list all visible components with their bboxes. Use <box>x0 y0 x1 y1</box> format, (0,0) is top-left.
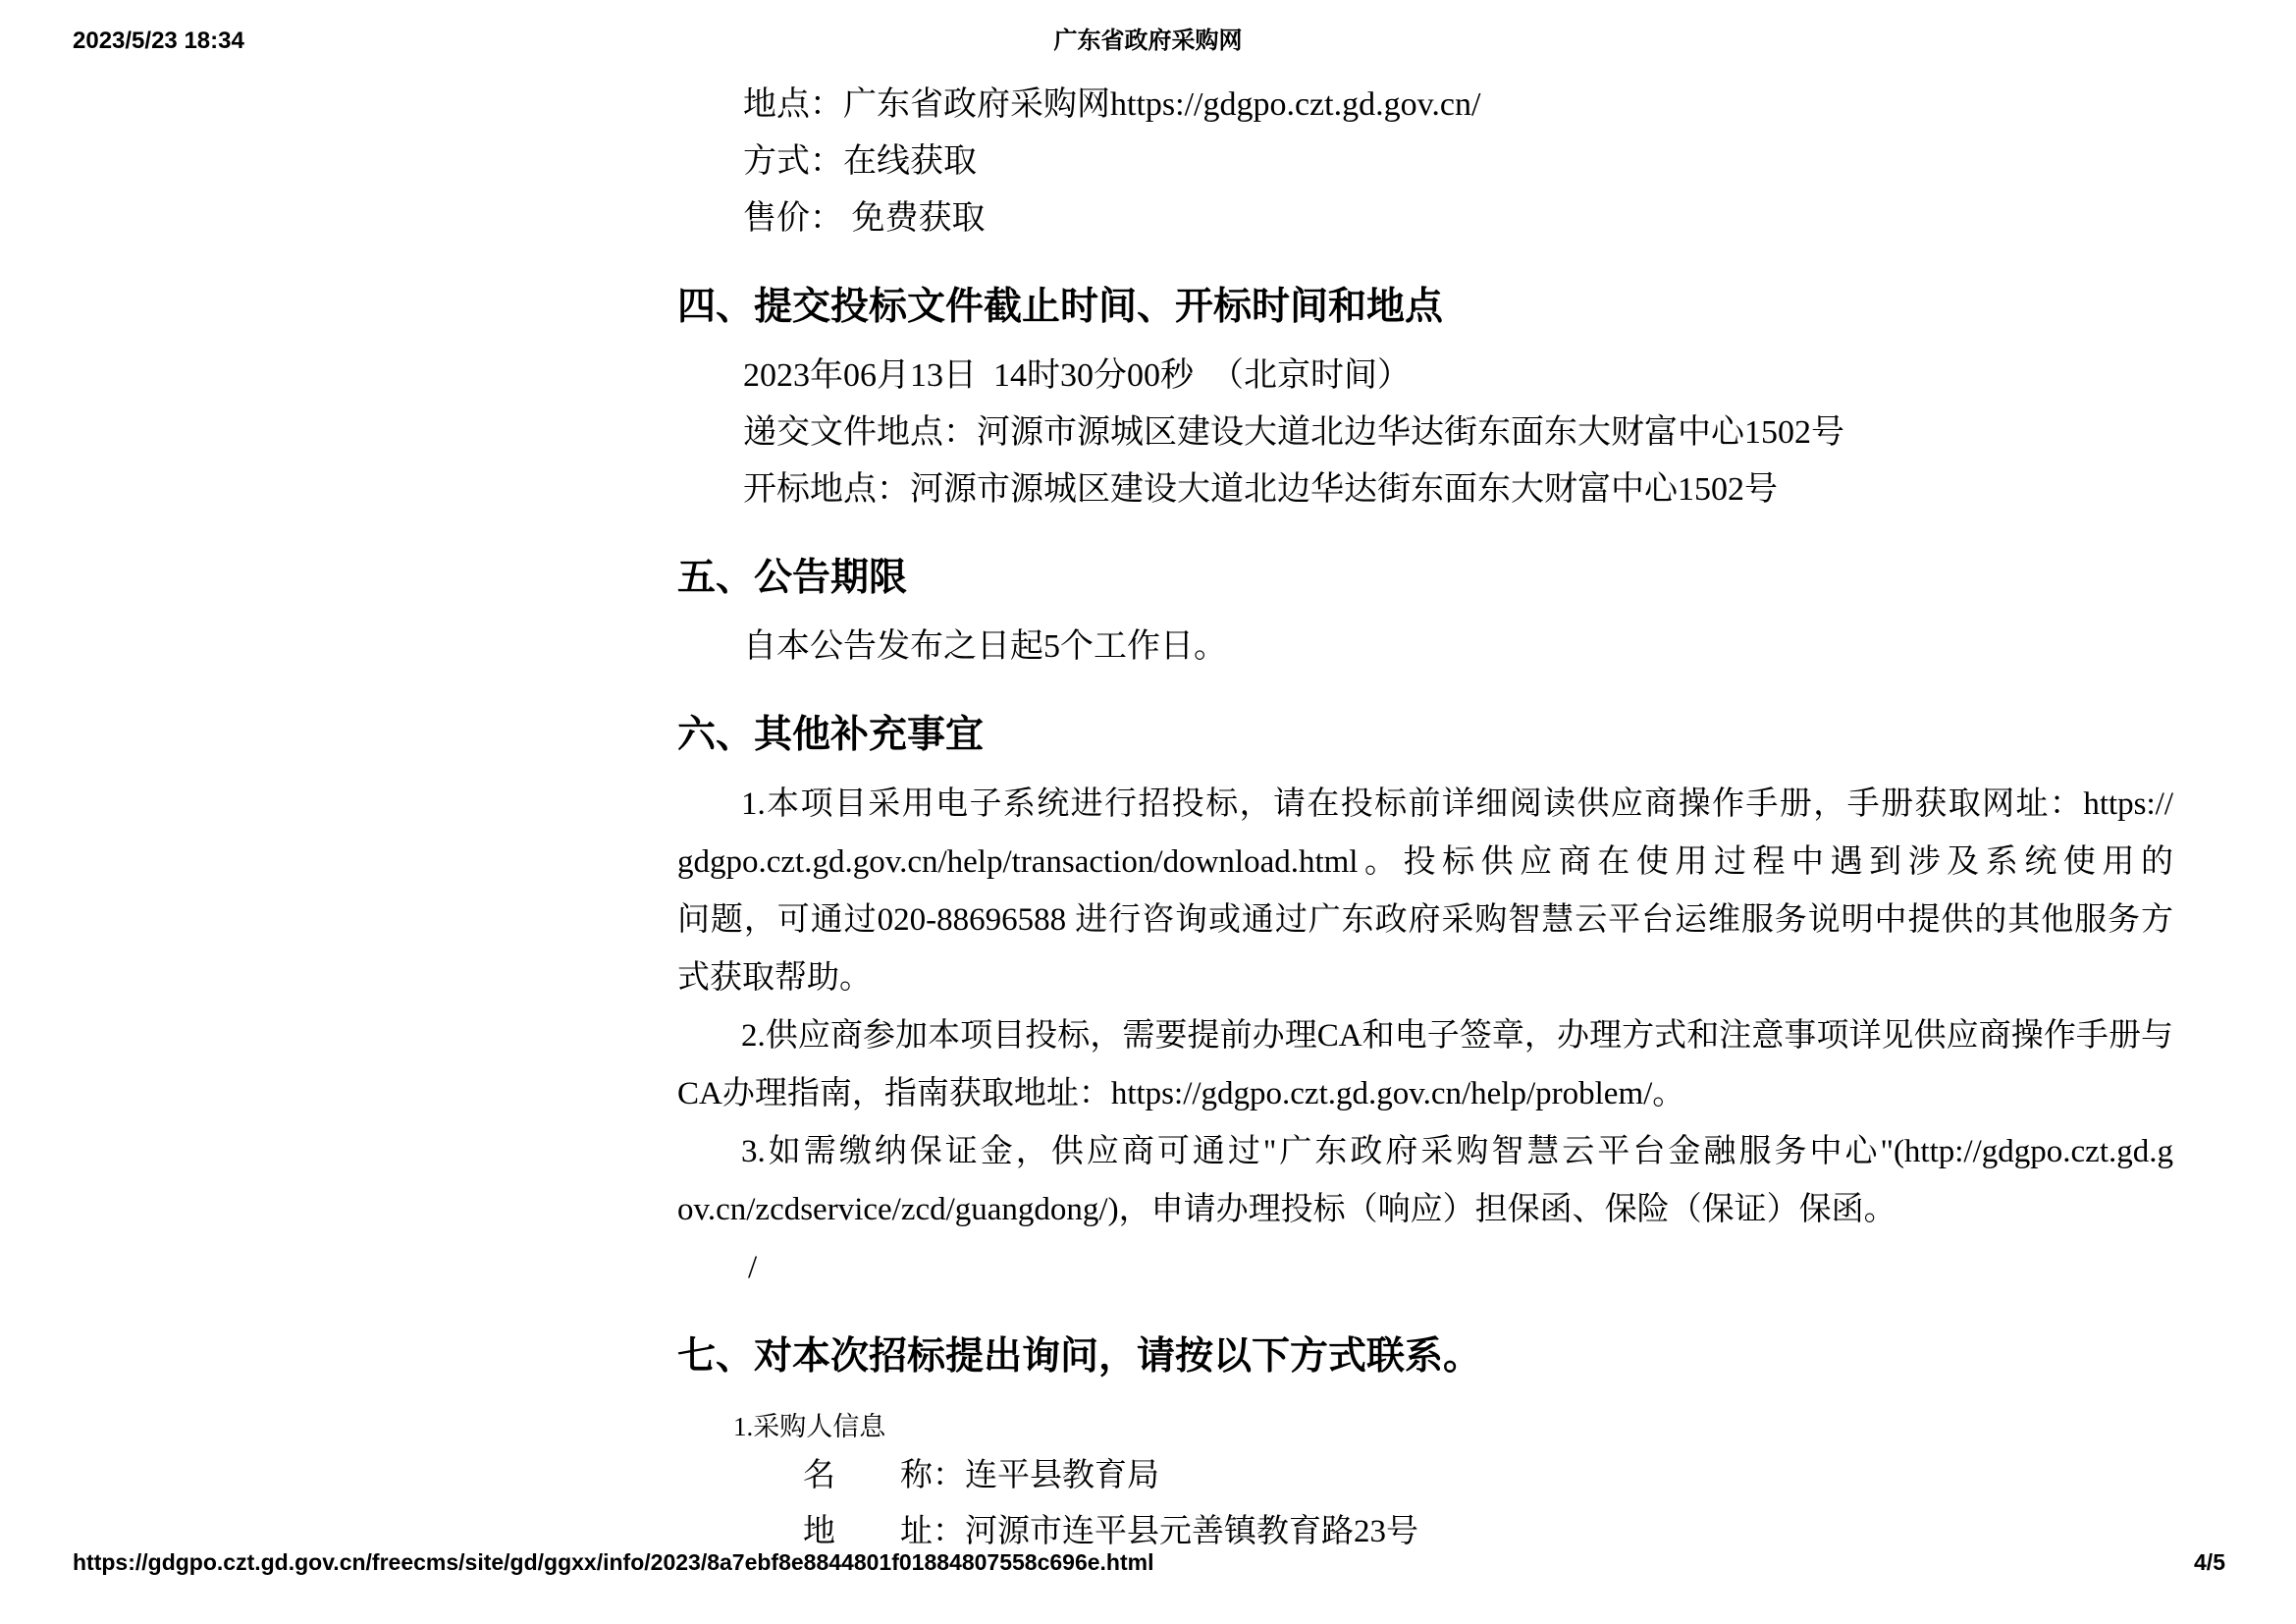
subsection-label-purchaser-info: 1.采购人信息 <box>733 1405 2173 1448</box>
detail-line-open-address: 开标地点：河源市源城区建设大道北边华达街东面东大财富中心1502号 <box>743 461 2173 518</box>
paragraph-line: CA办理指南，指南获取地址：https://gdgpo.czt.gd.gov.c… <box>677 1065 2173 1123</box>
paragraph-line: 2.供应商参加本项目投标，需要提前办理CA和电子签章，办理方式和注意事项详见供应… <box>677 1007 2173 1065</box>
detail-line-method: 方式：在线获取 <box>743 134 2173 190</box>
paragraph-line: 1.本项目采用电子系统进行招投标，请在投标前详细阅读供应商操作手册，手册获取网址… <box>677 776 2173 834</box>
section-heading-5: 五、公告期限 <box>677 554 2173 603</box>
section-heading-4: 四、提交投标文件截止时间、开标时间和地点 <box>677 283 2173 332</box>
site-title: 广东省政府采购网 <box>0 27 2296 55</box>
paragraph-line: ov.cn/zcdservice/zcd/guangdong/)，申请办理投标（… <box>677 1181 2173 1239</box>
paragraph-line: gdgpo.czt.gd.gov.cn/help/transaction/dow… <box>677 834 2173 892</box>
section-heading-7: 七、对本次招标提出询问，请按以下方式联系。 <box>677 1332 2173 1381</box>
printed-page: 2023/5/23 18:34 广东省政府采购网 地点：广东省政府采购网http… <box>0 0 2296 1624</box>
contact-line-name: 名 称：连平县教育局 <box>803 1448 2173 1504</box>
paragraph-line: 3.如需缴纳保证金，供应商可通过"广东政府采购智慧云平台金融服务中心"(http… <box>677 1123 2173 1181</box>
footer-url: https://gdgpo.czt.gd.gov.cn/freecms/site… <box>73 1549 1153 1575</box>
detail-line-submit-address: 递交文件地点：河源市源城区建设大道北边华达街东面东大财富中心1502号 <box>743 405 2173 461</box>
section-heading-6: 六、其他补充事宜 <box>677 711 2173 760</box>
detail-line-location: 地点：广东省政府采购网https://gdgpo.czt.gd.gov.cn/ <box>743 77 2173 134</box>
page-number: 4/5 <box>2194 1549 2225 1575</box>
detail-line-deadline: 2023年06月13日 14时30分00秒 （北京时间） <box>743 348 2173 405</box>
detail-line-announcement-period: 自本公告发布之日起5个工作日。 <box>743 619 2173 676</box>
detail-line-price: 售价： 免费获取 <box>743 190 2173 247</box>
paragraph-line: 式获取帮助。 <box>677 949 2173 1007</box>
document-body: 地点：广东省政府采购网https://gdgpo.czt.gd.gov.cn/方… <box>677 77 2173 1560</box>
paragraph-line: 问题，可通过020-88696588 进行咨询或通过广东政府采购智慧云平台运维服… <box>677 892 2173 949</box>
placeholder-slash: / <box>748 1239 2173 1297</box>
